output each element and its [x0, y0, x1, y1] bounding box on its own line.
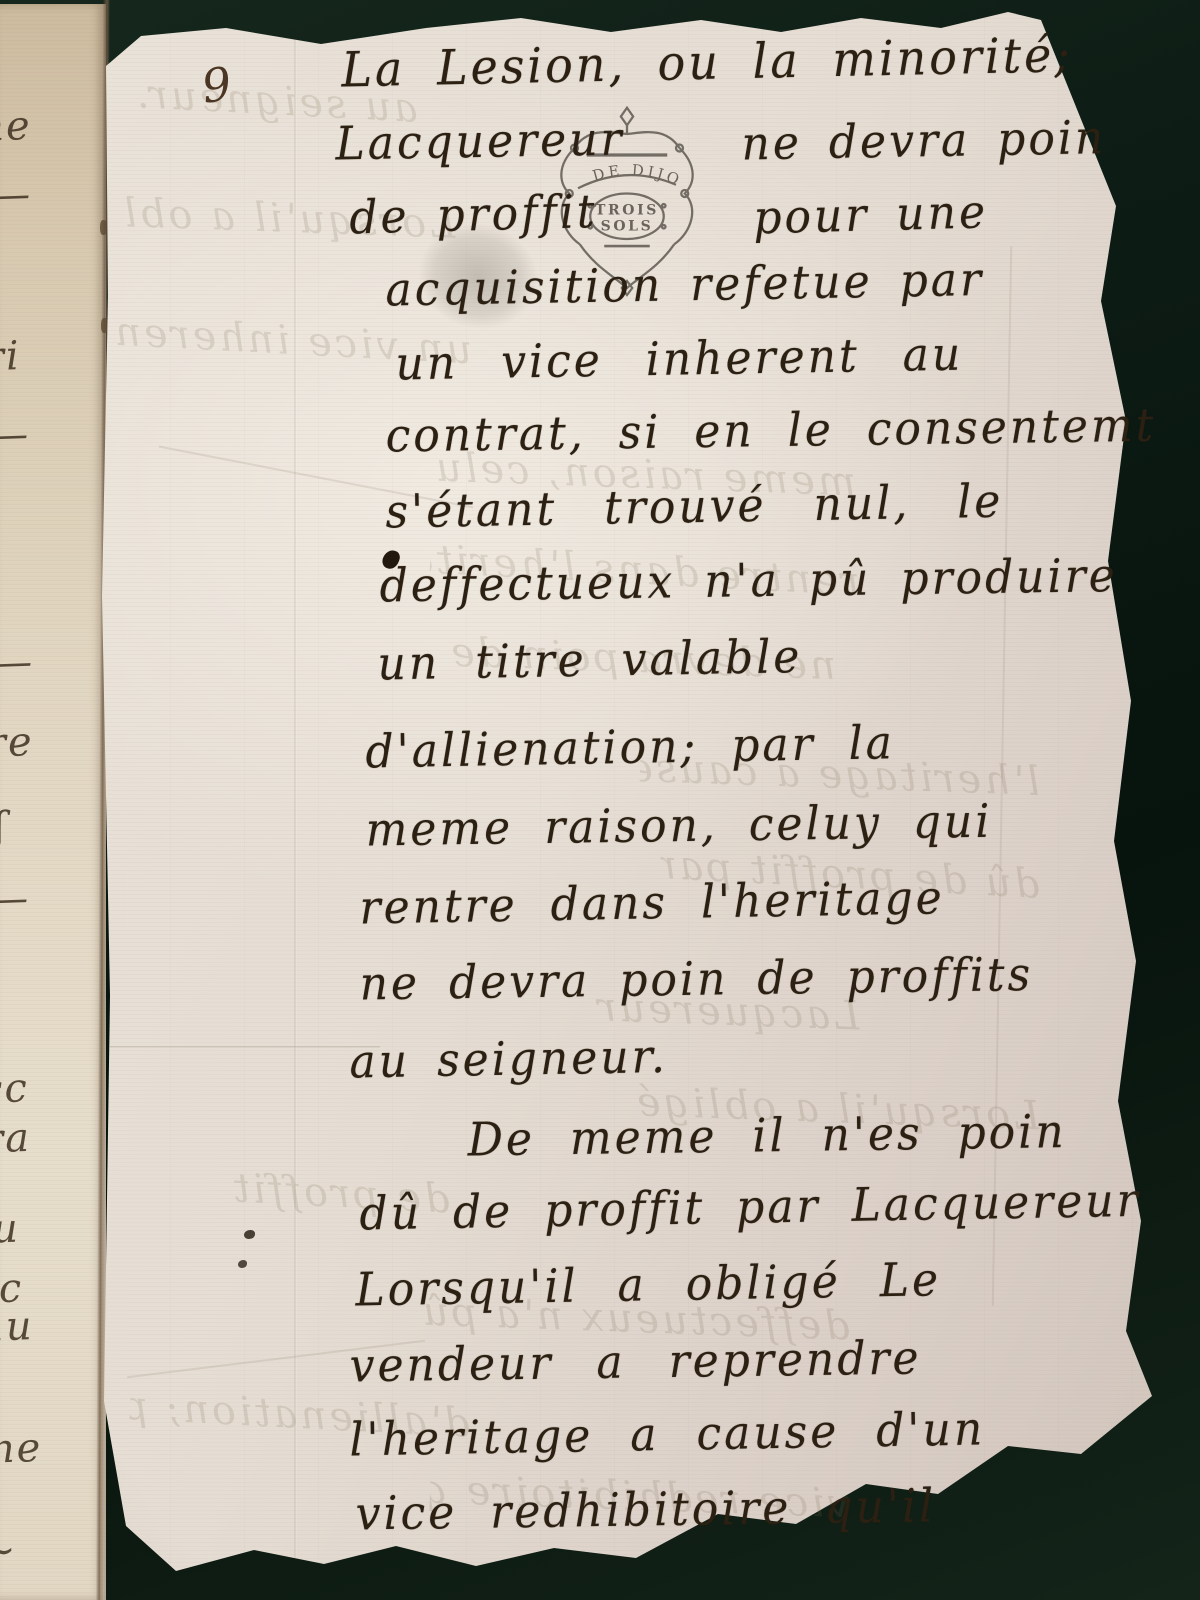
fold-crease — [159, 445, 474, 508]
left-page-text-fragment: ire — [0, 719, 34, 767]
tax-stamp-dijon: DE DIJO TROIS SOLS — [538, 106, 716, 302]
left-page-text-fragment: cc — [0, 1065, 30, 1113]
stamp-dot — [589, 204, 593, 208]
left-page-text-fragment: hu — [0, 1303, 34, 1351]
stamp-finial-top — [621, 108, 633, 126]
left-page-text-fragment: — — [0, 875, 31, 922]
stamp-dot — [662, 225, 666, 229]
left-page-text-fragment: t— — [0, 639, 35, 687]
fold-crease — [992, 246, 1012, 1306]
fold-crease — [127, 1340, 425, 1379]
left-page-text-fragment: ~ — [0, 1527, 18, 1574]
stamp-arc-text: DE DIJO — [590, 161, 685, 190]
fold-crease — [110, 1046, 380, 1049]
photo-of-manuscript: me—iri—t—ireʃ—cctrauichuine~ — [0, 0, 1200, 1600]
stamp-value-line2: SOLS — [601, 218, 654, 234]
stamp-dot — [662, 204, 666, 208]
left-page-text-fragment: — — [0, 171, 33, 218]
left-page-text-fragment: me — [0, 103, 32, 151]
binding-stitch — [101, 318, 108, 333]
tax-stamp-graphic: DE DIJO TROIS SOLS — [538, 106, 716, 302]
left-page-text-fragment: iri — [0, 333, 22, 381]
previous-page-edge: me—iri—t—ireʃ—cctrauichuine~ — [0, 4, 106, 1600]
left-page-text-fragment: u — [0, 1206, 21, 1253]
stamp-top-scroll — [575, 132, 680, 148]
left-page-text-fragment: ic — [0, 1265, 24, 1312]
left-page-text-fragment: ine — [0, 1425, 43, 1473]
left-page-text-fragment: ʃ — [0, 804, 8, 850]
stamp-value-line1: TROIS — [595, 203, 659, 219]
stamp-dot — [589, 225, 593, 229]
binding-stitch — [100, 220, 107, 235]
left-page-text-fragment: tra — [0, 1115, 32, 1163]
fold-crease — [294, 22, 297, 1582]
left-page-text-fragment: — — [0, 411, 31, 458]
